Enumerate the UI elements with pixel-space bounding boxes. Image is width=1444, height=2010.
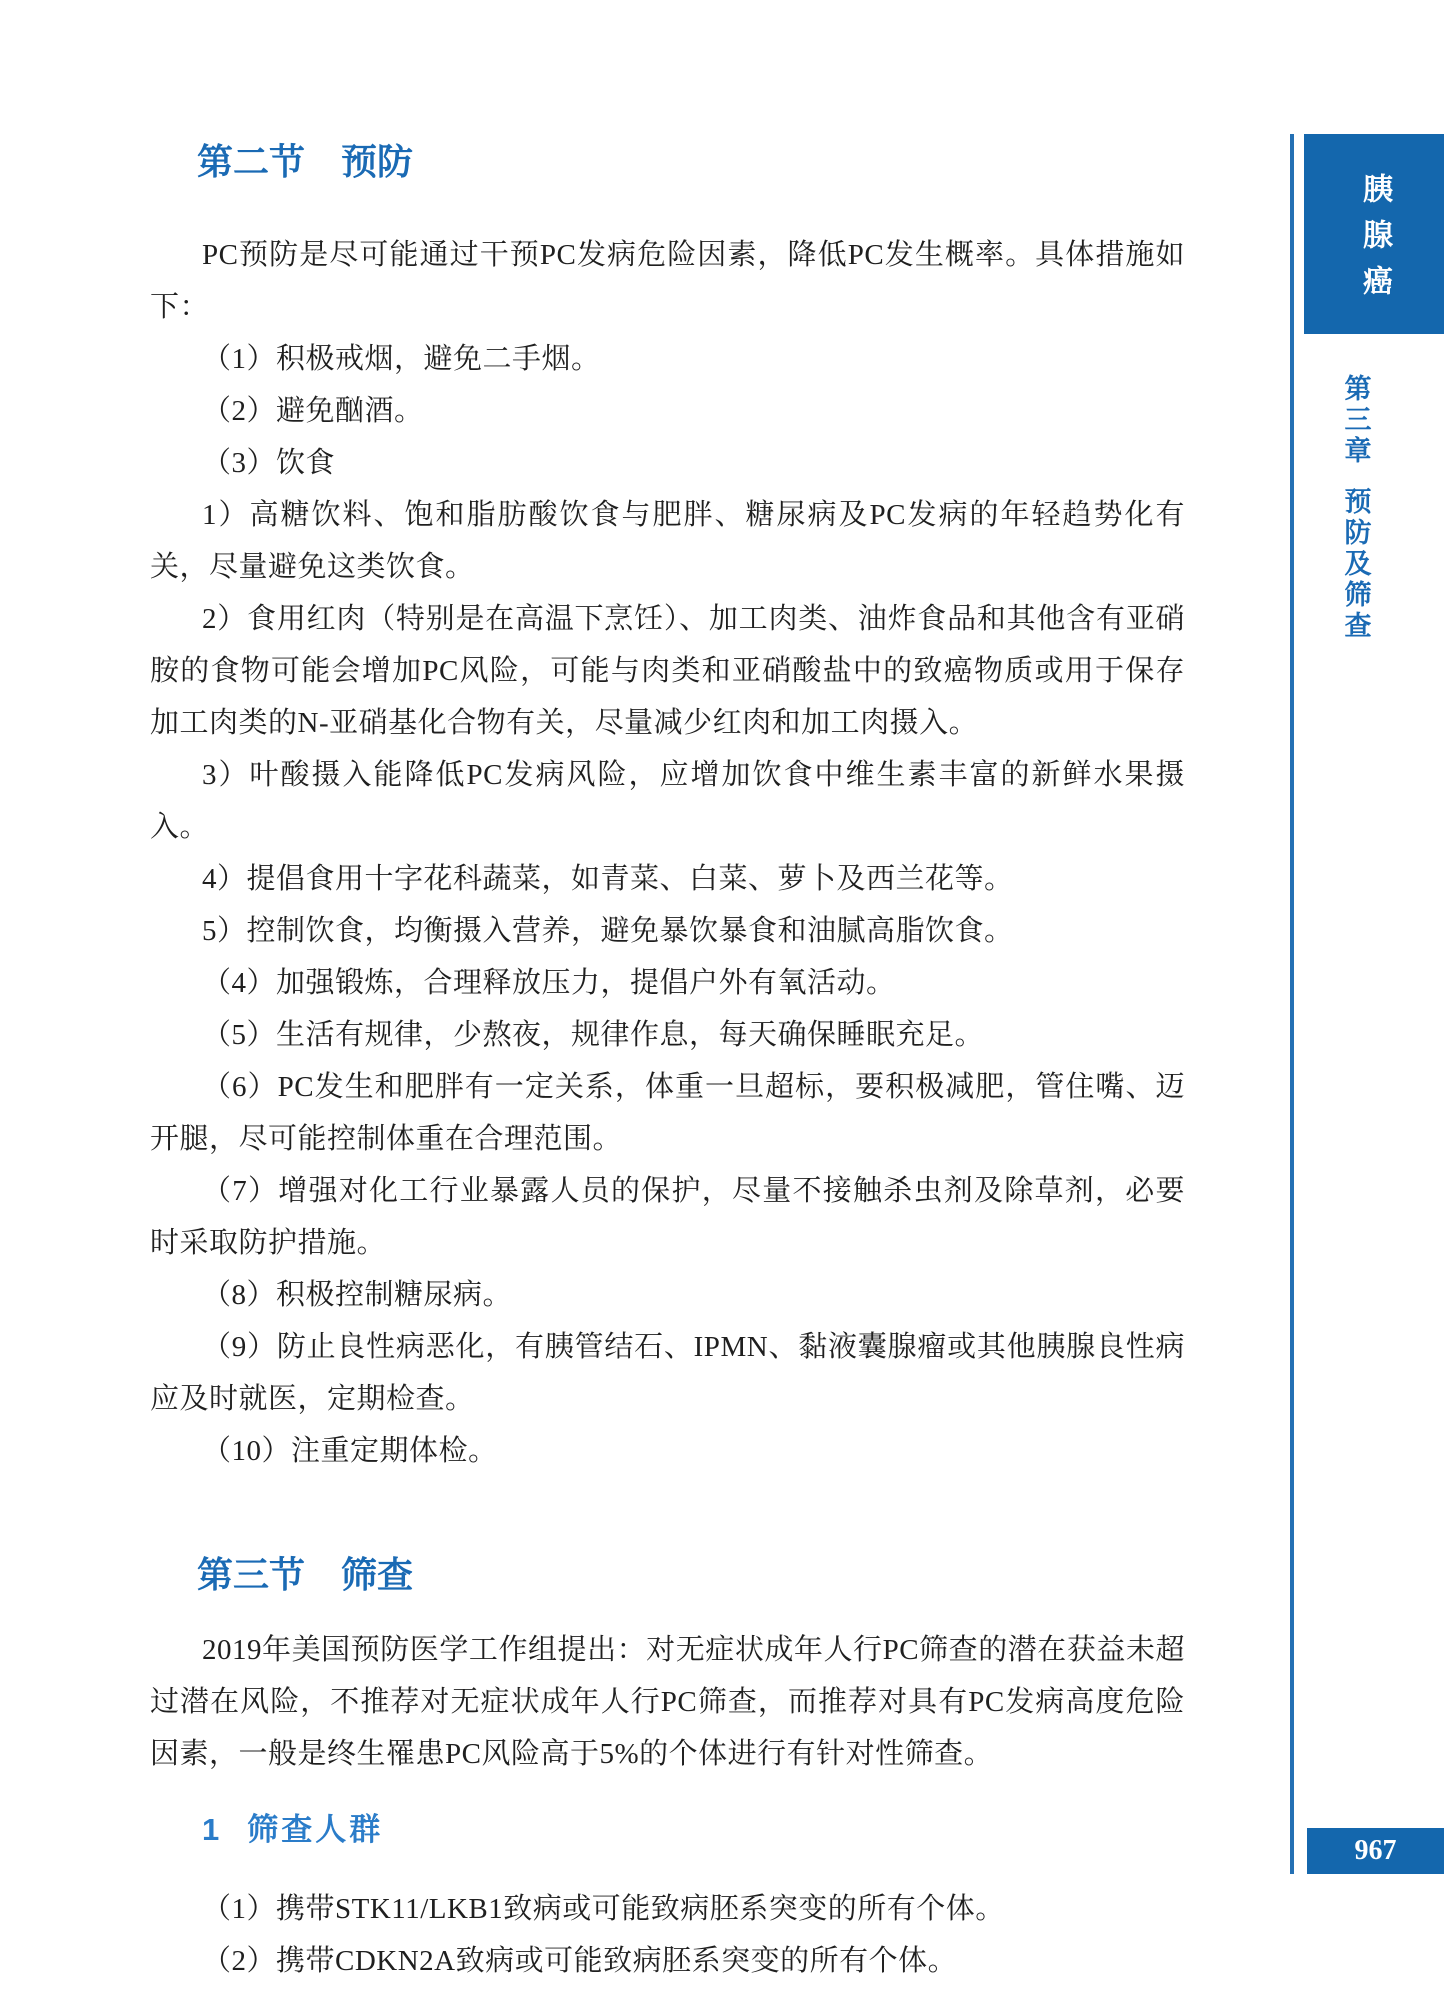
- prevention-intro-paragraph: PC预防是尽可能通过干预PC发病危险因素，降低PC发生概率。具体措施如下：: [150, 229, 1185, 333]
- prevention-item: （2）避免酗酒。: [150, 385, 1185, 437]
- section-screening-label: 第三节: [197, 1555, 305, 1595]
- prevention-item: （10）注重定期体检。: [150, 1425, 1185, 1477]
- page-number-badge: 967: [1307, 1828, 1444, 1874]
- sidebar-chapter-title: 预防及筛查: [1337, 487, 1376, 642]
- sidebar-tab-label: 胰腺癌: [1352, 173, 1396, 311]
- sidebar-tab-pancreatic-cancer: 胰腺癌: [1304, 134, 1444, 334]
- section-heading-screening: 第三节筛查: [150, 1553, 1185, 1597]
- subsection-title: 筛查人群: [247, 1812, 383, 1847]
- screening-item: （2）携带CDKN2A致病或可能致病胚系突变的所有个体。: [150, 1935, 1185, 1987]
- sidebar-chapter-block: 第三章 预防及筛查: [1336, 374, 1376, 642]
- subsection-number: 1: [202, 1812, 219, 1847]
- prevention-item: （7）增强对化工行业暴露人员的保护，尽量不接触杀虫剂及除草剂，必要时采取防护措施…: [150, 1165, 1185, 1269]
- prevention-item: 1）高糖饮料、饱和脂肪酸饮食与肥胖、糖尿病及PC发病的年轻趋势化有关，尽量避免这…: [150, 489, 1185, 593]
- prevention-item: 2）食用红肉（特别是在高温下烹饪）、加工肉类、油炸食品和其他含有亚硝胺的食物可能…: [150, 593, 1185, 749]
- prevention-item: 3）叶酸摄入能降低PC发病风险，应增加饮食中维生素丰富的新鲜水果摄入。: [150, 749, 1185, 853]
- prevention-items: （1）积极戒烟，避免二手烟。（2）避免酗酒。（3）饮食1）高糖饮料、饱和脂肪酸饮…: [150, 333, 1185, 1477]
- page-number: 967: [1355, 1835, 1397, 1867]
- sidebar-vertical-rule: [1290, 134, 1294, 1874]
- prevention-item: （5）生活有规律，少熬夜，规律作息，每天确保睡眠充足。: [150, 1009, 1185, 1061]
- prevention-item: （4）加强锻炼，合理释放压力，提倡户外有氧活动。: [150, 957, 1185, 1009]
- main-column: 第二节预防 PC预防是尽可能通过干预PC发病危险因素，降低PC发生概率。具体措施…: [150, 0, 1185, 1987]
- prevention-item: （6）PC发生和肥胖有一定关系，体重一旦超标，要积极减肥，管住嘴、迈开腿，尽可能…: [150, 1061, 1185, 1165]
- subsection-heading-screening-population: 1筛查人群: [150, 1810, 1185, 1850]
- prevention-item: 5）控制饮食，均衡摄入营养，避免暴饮暴食和油腻高脂饮食。: [150, 905, 1185, 957]
- prevention-item: （1）积极戒烟，避免二手烟。: [150, 333, 1185, 385]
- prevention-item: （8）积极控制糖尿病。: [150, 1269, 1185, 1321]
- section-prevention-label: 第二节: [197, 142, 305, 182]
- screening-items: （1）携带STK11/LKB1致病或可能致病胚系突变的所有个体。（2）携带CDK…: [150, 1883, 1185, 1987]
- prevention-item: （3）饮食: [150, 437, 1185, 489]
- screening-item: （1）携带STK11/LKB1致病或可能致病胚系突变的所有个体。: [150, 1883, 1185, 1935]
- prevention-item: （9）防止良性病恶化，有胰管结石、IPMN、黏液囊腺瘤或其他胰腺良性病应及时就医…: [150, 1321, 1185, 1425]
- section-screening-title: 筛查: [341, 1555, 413, 1595]
- sidebar-chapter-number: 第三章: [1337, 374, 1376, 467]
- section-heading-prevention: 第二节预防: [150, 140, 1185, 184]
- section-prevention-title: 预防: [341, 142, 413, 182]
- prevention-item: 4）提倡食用十字花科蔬菜，如青菜、白菜、萝卜及西兰花等。: [150, 853, 1185, 905]
- book-page: 第二节预防 PC预防是尽可能通过干预PC发病危险因素，降低PC发生概率。具体措施…: [0, 0, 1444, 2010]
- screening-intro-paragraph: 2019年美国预防医学工作组提出：对无症状成年人行PC筛查的潜在获益未超过潜在风…: [150, 1624, 1185, 1780]
